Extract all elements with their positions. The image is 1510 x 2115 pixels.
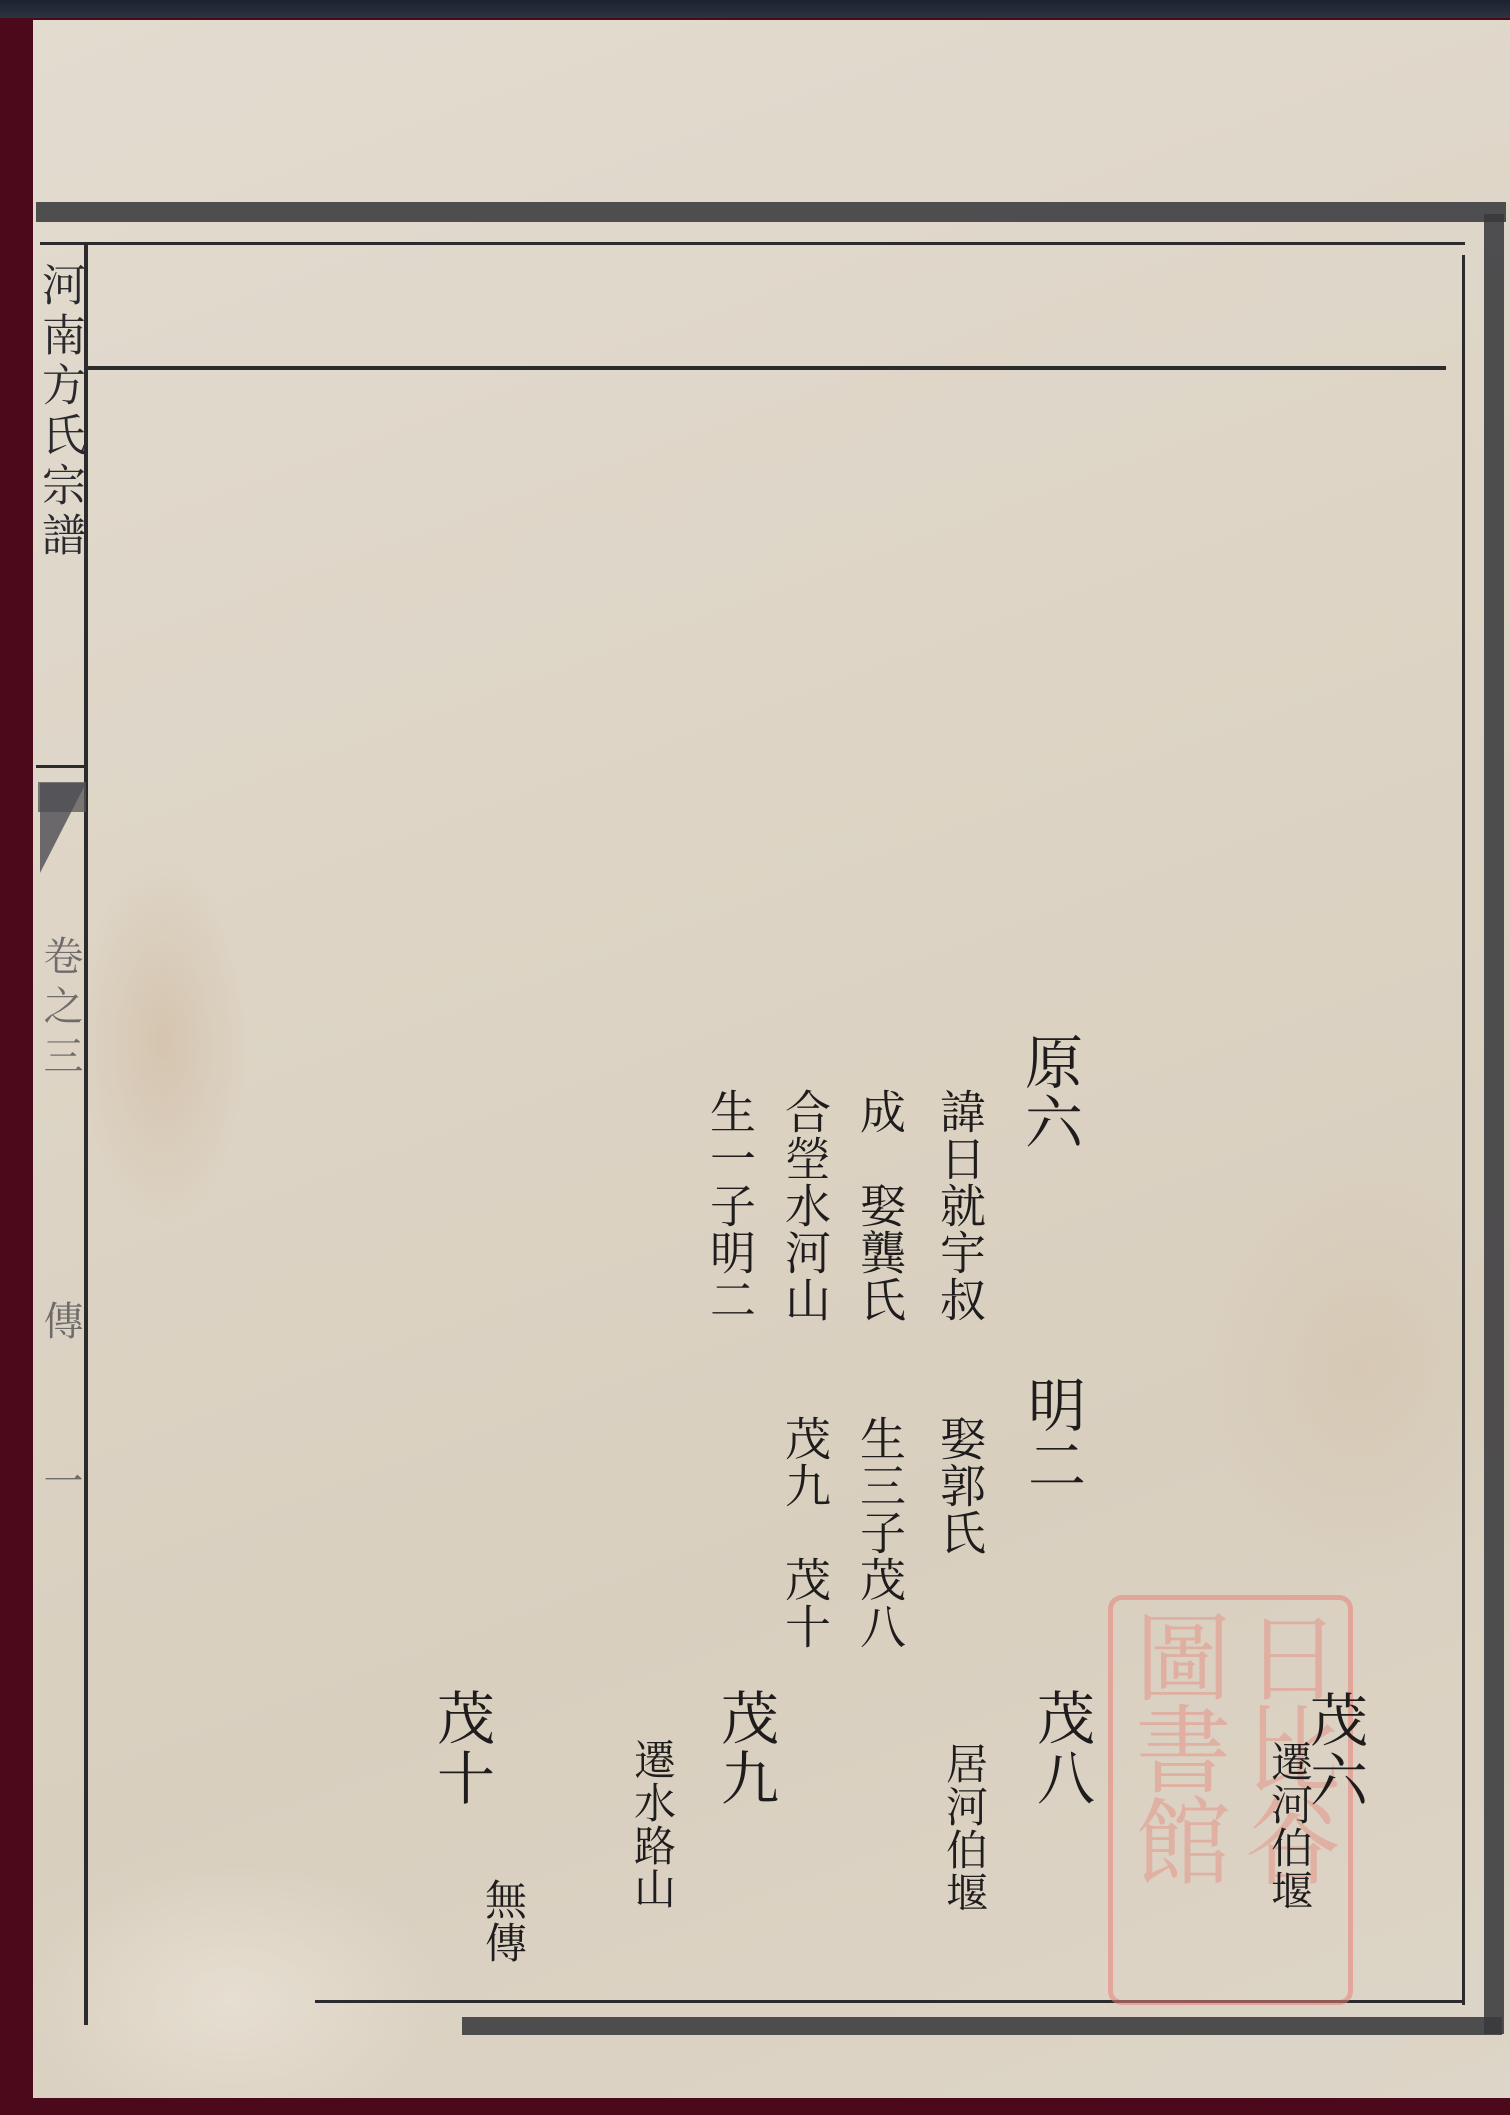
margin-title: 河南方氏宗譜 [37,262,81,562]
entry-minger-line-2: 生三子茂八 [857,1415,903,1650]
frame-right-thin [1462,255,1465,2005]
header-rule [86,366,1446,370]
seal-column-left: 圖書館 [1128,1608,1224,1992]
entry-maoshi-note: 無傳 [482,1878,524,1964]
top-edge-strip [0,0,1510,18]
entry-yuanliu-line-1: 諱日就宇叔 [937,1088,983,1323]
entry-name-maoba: 茂八 [1032,1688,1090,1808]
margin-page-number: 一 [40,1460,80,1510]
entry-yuanliu-line-4: 生一子明二 [707,1088,753,1323]
margin-volume: 卷之三 [40,935,80,1085]
frame-top-thin [40,242,1465,245]
entry-minger-line-1: 娶郭氏 [937,1415,983,1556]
fishtail-mark [40,783,86,873]
entry-maoliu-note: 遷河伯堰 [1268,1740,1310,1912]
entry-name-minger: 明二 [1023,1375,1081,1495]
entry-minger-line-3: 茂九 茂十 [782,1415,828,1650]
margin-section: 傳 [40,1300,80,1350]
frame-right-thick [1484,214,1504,2034]
entry-name-yuanliu: 原六 [1020,1032,1078,1152]
entry-yuanliu-line-2: 成 娶龔氏 [857,1088,903,1323]
frame-bottom-thick [462,2017,1502,2035]
entry-yuanliu-line-3: 合塋水河山 [782,1088,828,1323]
margin-divider [36,765,86,768]
entry-maojiu-note: 遷水路山 [631,1738,673,1910]
frame-top-thick [36,202,1506,222]
entry-name-maojiu: 茂九 [716,1688,774,1808]
entry-maoba-note: 居河伯堰 [943,1742,985,1914]
entry-name-maoshi: 茂十 [432,1688,490,1808]
